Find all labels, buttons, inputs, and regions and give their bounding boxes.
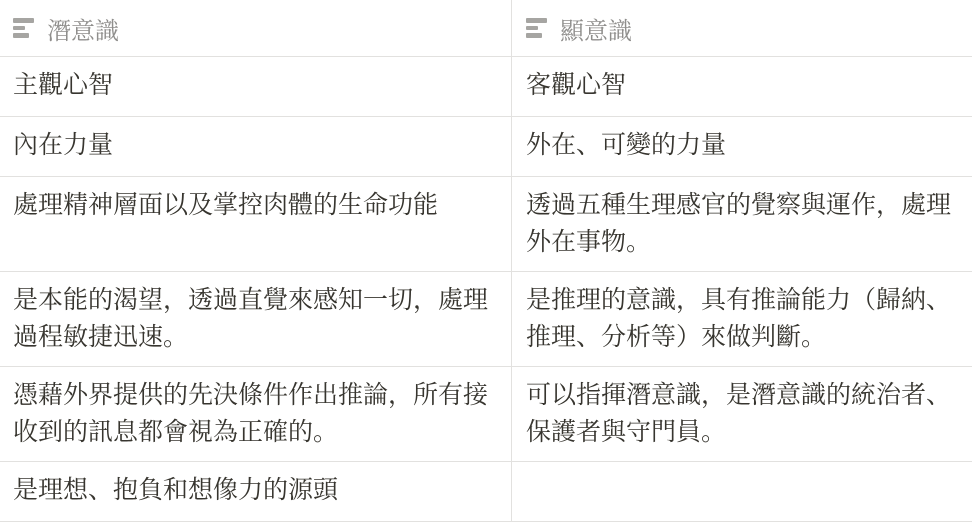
table-row: 憑藉外界提供的先決條件作出推論，所有接收到的訊息都會視為正確的。 可以指揮潛意識…: [0, 367, 972, 462]
table-cell[interactable]: 外在、可變的力量: [512, 117, 972, 177]
column-header-label: 潛意識: [47, 11, 119, 46]
column-header-label: 顯意識: [560, 11, 632, 46]
header-row: 潛意識 顯意識: [0, 0, 972, 57]
comparison-table: 潛意識 顯意識 主觀心智 客觀心智 內在力量 外在、可變的力量 處理精神層面以及…: [0, 0, 972, 522]
table-cell[interactable]: 透過五種生理感官的覺察與運作，處理外在事物。: [512, 177, 972, 272]
table-cell[interactable]: 是推理的意識，具有推論能力（歸納、推理、分析等）來做判斷。: [512, 272, 972, 367]
column-header-subconscious[interactable]: 潛意識: [0, 0, 512, 57]
column-header-conscious[interactable]: 顯意識: [512, 0, 972, 57]
page: 潛意識 顯意識 主觀心智 客觀心智 內在力量 外在、可變的力量 處理精神層面以及…: [0, 0, 972, 524]
table-row: 內在力量 外在、可變的力量: [0, 117, 972, 177]
table-cell[interactable]: [512, 462, 972, 522]
table-cell[interactable]: 是本能的渴望，透過直覺來感知一切，處理過程敏捷迅速。: [0, 272, 512, 367]
table-cell[interactable]: 內在力量: [0, 117, 512, 177]
table-cell[interactable]: 可以指揮潛意識，是潛意識的統治者、保護者與守門員。: [512, 367, 972, 462]
text-property-icon: [13, 18, 34, 38]
table-row: 是理想、抱負和想像力的源頭: [0, 462, 972, 522]
table-cell[interactable]: 客觀心智: [512, 57, 972, 117]
table-cell[interactable]: 處理精神層面以及掌控肉體的生命功能: [0, 177, 512, 272]
table-cell[interactable]: 主觀心智: [0, 57, 512, 117]
text-property-icon: [526, 18, 547, 38]
table-row: 是本能的渴望，透過直覺來感知一切，處理過程敏捷迅速。 是推理的意識，具有推論能力…: [0, 272, 972, 367]
table-row: 主觀心智 客觀心智: [0, 57, 972, 117]
table-cell[interactable]: 憑藉外界提供的先決條件作出推論，所有接收到的訊息都會視為正確的。: [0, 367, 512, 462]
table-row: 處理精神層面以及掌控肉體的生命功能 透過五種生理感官的覺察與運作，處理外在事物。: [0, 177, 972, 272]
table-cell[interactable]: 是理想、抱負和想像力的源頭: [0, 462, 512, 522]
